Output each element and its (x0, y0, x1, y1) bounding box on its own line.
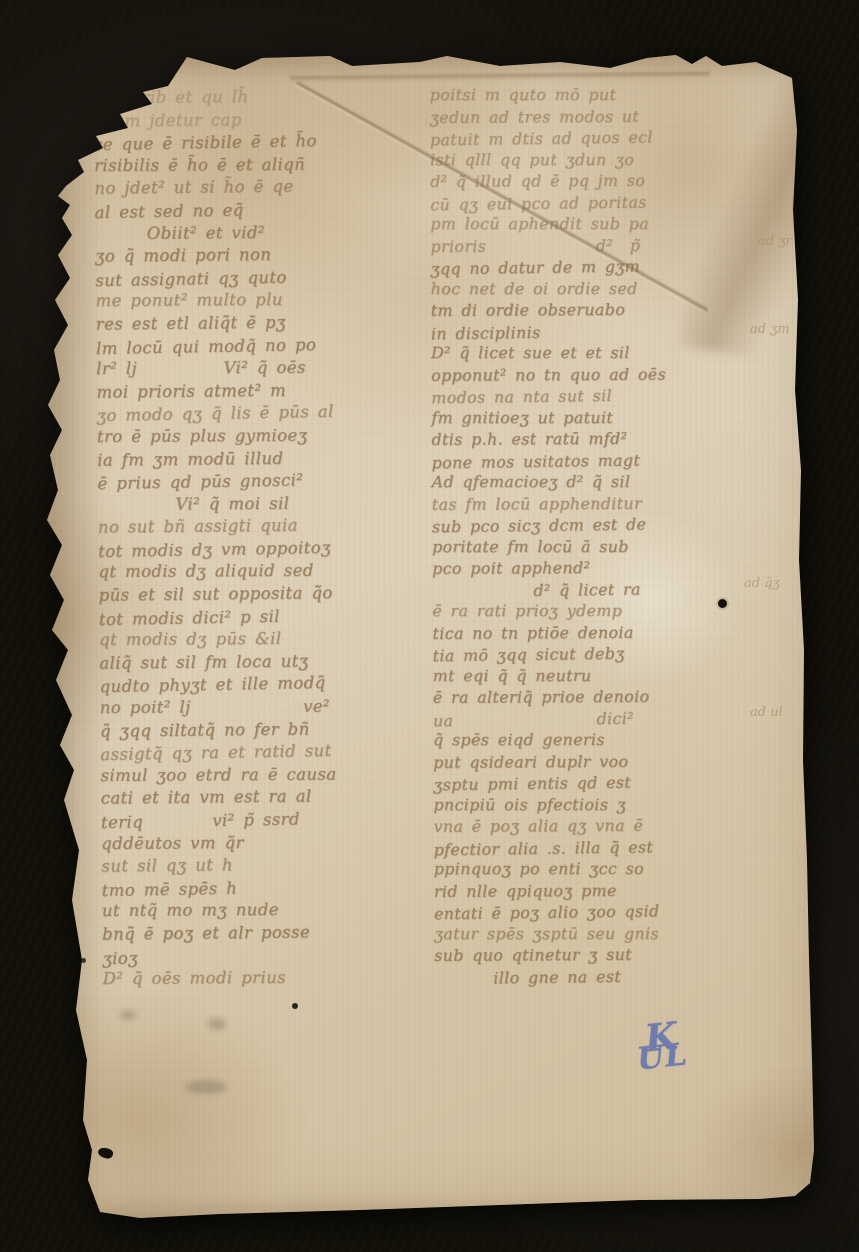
manuscript-line: ʒedun ad tres modos ut (430, 105, 775, 128)
library-stamp: K UL (634, 1021, 689, 1072)
manuscript-line: sub pco sicʒ dcm est de (432, 512, 777, 538)
marginal-note: ad q̃ʒ (744, 576, 780, 591)
manuscript-line: ut ntq̃ mo mʒ nude (102, 898, 438, 923)
manuscript-line: ʒsptu pmi entis qd est (433, 770, 778, 796)
manuscript-line: rid nlle qpiquoʒ pme (434, 879, 779, 902)
manuscript-line: isti qlll qq put ʒdun ʒo (430, 148, 775, 170)
dirt-smudge (208, 1018, 226, 1030)
manuscript-line: tm di ordie obseruabo (431, 298, 776, 321)
manuscript-line: mt eqi q̃ q̃ neutru (433, 664, 778, 686)
manuscript-line: pco poit apphend² (432, 556, 777, 579)
manuscript-line: vna ē poʒ alia qʒ vna ē (433, 814, 778, 837)
manuscript-line: lr² lj Vi² q̃ oēs (96, 356, 432, 381)
ink-speck (81, 958, 86, 963)
manuscript-line: ua dici² (433, 705, 778, 731)
manuscript-line: ppinquoʒ po enti ʒcc so (434, 858, 779, 880)
manuscript-line: entati ē poʒ alio ʒoo qsid (434, 899, 779, 925)
wormhole (718, 599, 727, 608)
dirt-smudge (120, 1010, 136, 1020)
manuscript-line: qddēutos vm q̃r (101, 831, 437, 856)
manuscript-line: tia mō ʒqq sicut debʒ (432, 641, 777, 667)
manuscript-line: prioris d² p̃ (430, 234, 775, 257)
manuscript-leaf: ʒo q̃ rib̃ et qu lh̃cham jdetur capse qu… (0, 0, 859, 1252)
manuscript-line: Obiit² et vid² (95, 221, 431, 246)
manuscript-line: D² q̃ licet sue et et sil (431, 342, 776, 364)
manuscript-line: fm gnitioeʒ ut patuit (431, 406, 776, 428)
text-column-left: ʒo q̃ rib̃ et qu lh̃cham jdetur capse qu… (93, 84, 438, 991)
manuscript-line: ʒo q̃ rib̃ et qu lh̃ (93, 85, 429, 110)
dirt-smudge (185, 1080, 227, 1094)
manuscript-line: no poit² lj ve² (100, 695, 436, 720)
manuscript-line: risibilis ē h̃o ē et aliqñ (94, 153, 430, 178)
manuscript-line: opponut² no tn quo ad oēs (431, 363, 776, 386)
manuscript-line: pm locū aphendit sub pa (430, 213, 775, 235)
paper-sheet: ʒo q̃ rib̃ et qu lh̃cham jdetur capse qu… (0, 0, 859, 1252)
manuscript-line: cū qʒ eui pco ad poritas (430, 189, 775, 215)
photo-background: ʒo q̃ rib̃ et qu lh̃cham jdetur capse qu… (0, 0, 859, 1252)
manuscript-line: poitsi m quto mō put (430, 84, 775, 106)
manuscript-line: put qsideari duplr voo (433, 750, 778, 773)
manuscript-line: Vi² q̃ moi sil (98, 492, 434, 517)
manuscript-line: modos na nta sut sil (431, 383, 776, 409)
manuscript-line: tro ē pūs plus gymioeʒ (97, 424, 433, 449)
stamp-letters-ul: UL (636, 1041, 689, 1072)
manuscript-line: ʒatur spēs ʒsptū seu gnis (434, 922, 779, 944)
manuscript-line: tas fm locū apphenditur (432, 492, 777, 515)
wormhole (292, 1003, 298, 1009)
manuscript-line: qt modis dʒ pūs &il (99, 627, 435, 652)
manuscript-line: hoc net de oi ordie sed (431, 277, 776, 299)
manuscript-line: ʒqq no datur de m gʒm (430, 254, 775, 280)
manuscript-line: ē ra alteriq̃ prioe denoio (433, 685, 778, 708)
manuscript-line: q̃ spēs eiqd generis (433, 729, 778, 751)
manuscript-line: qt modis dʒ aliquid sed (98, 559, 434, 584)
manuscript-line: dtis p.h. est ratū mfd² (431, 427, 776, 450)
manuscript-line: sub quo qtinetur ʒ sut (434, 943, 779, 966)
marginal-note: ad ʒr (758, 234, 792, 249)
manuscript-line: d² q̃ licet ra (432, 576, 777, 602)
manuscript-line: Ad qfemacioeʒ d² q̃ sil (432, 471, 777, 493)
manuscript-line: pone mos usitatos magt (431, 447, 776, 473)
text-column-right: poitsi m quto mō putʒedun ad tres modos … (430, 83, 780, 988)
bottom-edge-shading (60, 1196, 820, 1230)
manuscript-line: patuit m dtis ad quos ecl (430, 125, 775, 151)
manuscript-line: pfectior alia .s. illa q̃ est (434, 834, 779, 860)
manuscript-line: poritate fm locū ā sub (432, 535, 777, 557)
manuscript-line: simul ʒoo etrd ra ē causa (100, 763, 436, 788)
marginal-note: ad ul (750, 705, 783, 720)
manuscript-line: illo gne na est (434, 963, 779, 989)
manuscript-line: in disciplinis (431, 318, 776, 344)
manuscript-line: pncipiū ois pfectiois ʒ (433, 793, 778, 815)
manuscript-line: D² q̃ oēs modi prius (103, 966, 439, 991)
manuscript-line: tica no tn ptiōe denoia (432, 621, 777, 644)
manuscript-line: d² q̃ illud qd ē pq jm so (430, 169, 775, 192)
manuscript-line: me ponut² multo plu (95, 288, 431, 313)
marginal-note: ad ʒm (750, 322, 790, 337)
